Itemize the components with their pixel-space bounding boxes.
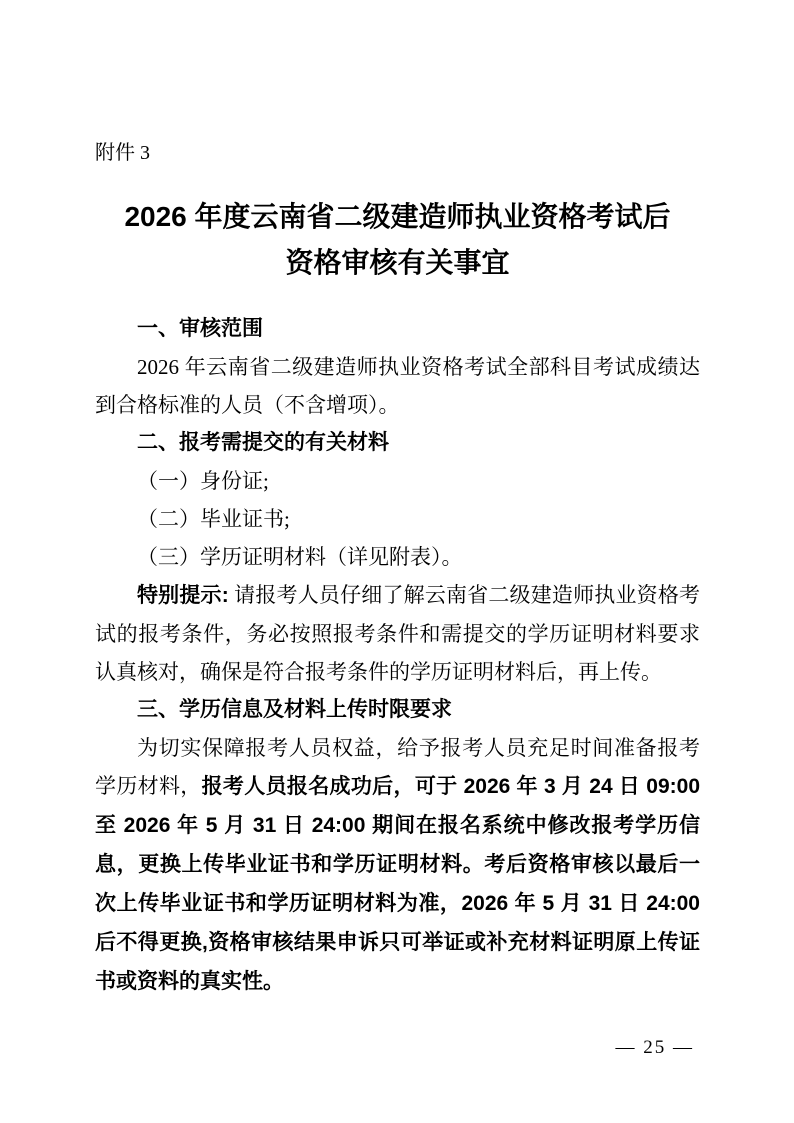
attachment-label: 附件 3 bbox=[95, 140, 700, 166]
page-number: — 25 — bbox=[616, 1036, 695, 1060]
document-title-line-1: 2026 年度云南省二级建造师执业资格考试后 bbox=[124, 201, 670, 232]
section-3-heading: 三、学历信息及材料上传时限要求 bbox=[95, 691, 700, 729]
document-title: 2026 年度云南省二级建造师执业资格考试后资格审核有关事宜 bbox=[95, 194, 700, 286]
document-page: 附件 3 2026 年度云南省二级建造师执业资格考试后资格审核有关事宜 一、审核… bbox=[0, 0, 794, 1123]
document-title-line-2: 资格审核有关事宜 bbox=[285, 247, 509, 278]
section-1-heading: 一、审核范围 bbox=[95, 310, 700, 348]
material-item-id-card: （一）身份证; bbox=[95, 462, 700, 500]
material-item-diploma: （二）毕业证书; bbox=[95, 500, 700, 538]
section-3-emphasis-text: 报考人员报名成功后，可于 2026 年 3 月 24 日 09:00 至 202… bbox=[95, 775, 700, 993]
special-note-label: 特别提示: bbox=[137, 584, 229, 607]
section-3-paragraph: 为切实保障报考人员权益，给予报考人员充足时间准备报考学历材料，报考人员报名成功后… bbox=[95, 729, 700, 1001]
section-2-heading: 二、报考需提交的有关材料 bbox=[95, 424, 700, 462]
material-item-education-proof: （三）学历证明材料（详见附表）。 bbox=[95, 538, 700, 576]
special-note-paragraph: 特别提示: 请报考人员仔细了解云南省二级建造师执业资格考试的报考条件，务必按照报… bbox=[95, 576, 700, 691]
section-1-paragraph: 2026 年云南省二级建造师执业资格考试全部科目考试成绩达到合格标准的人员（不含… bbox=[95, 348, 700, 424]
